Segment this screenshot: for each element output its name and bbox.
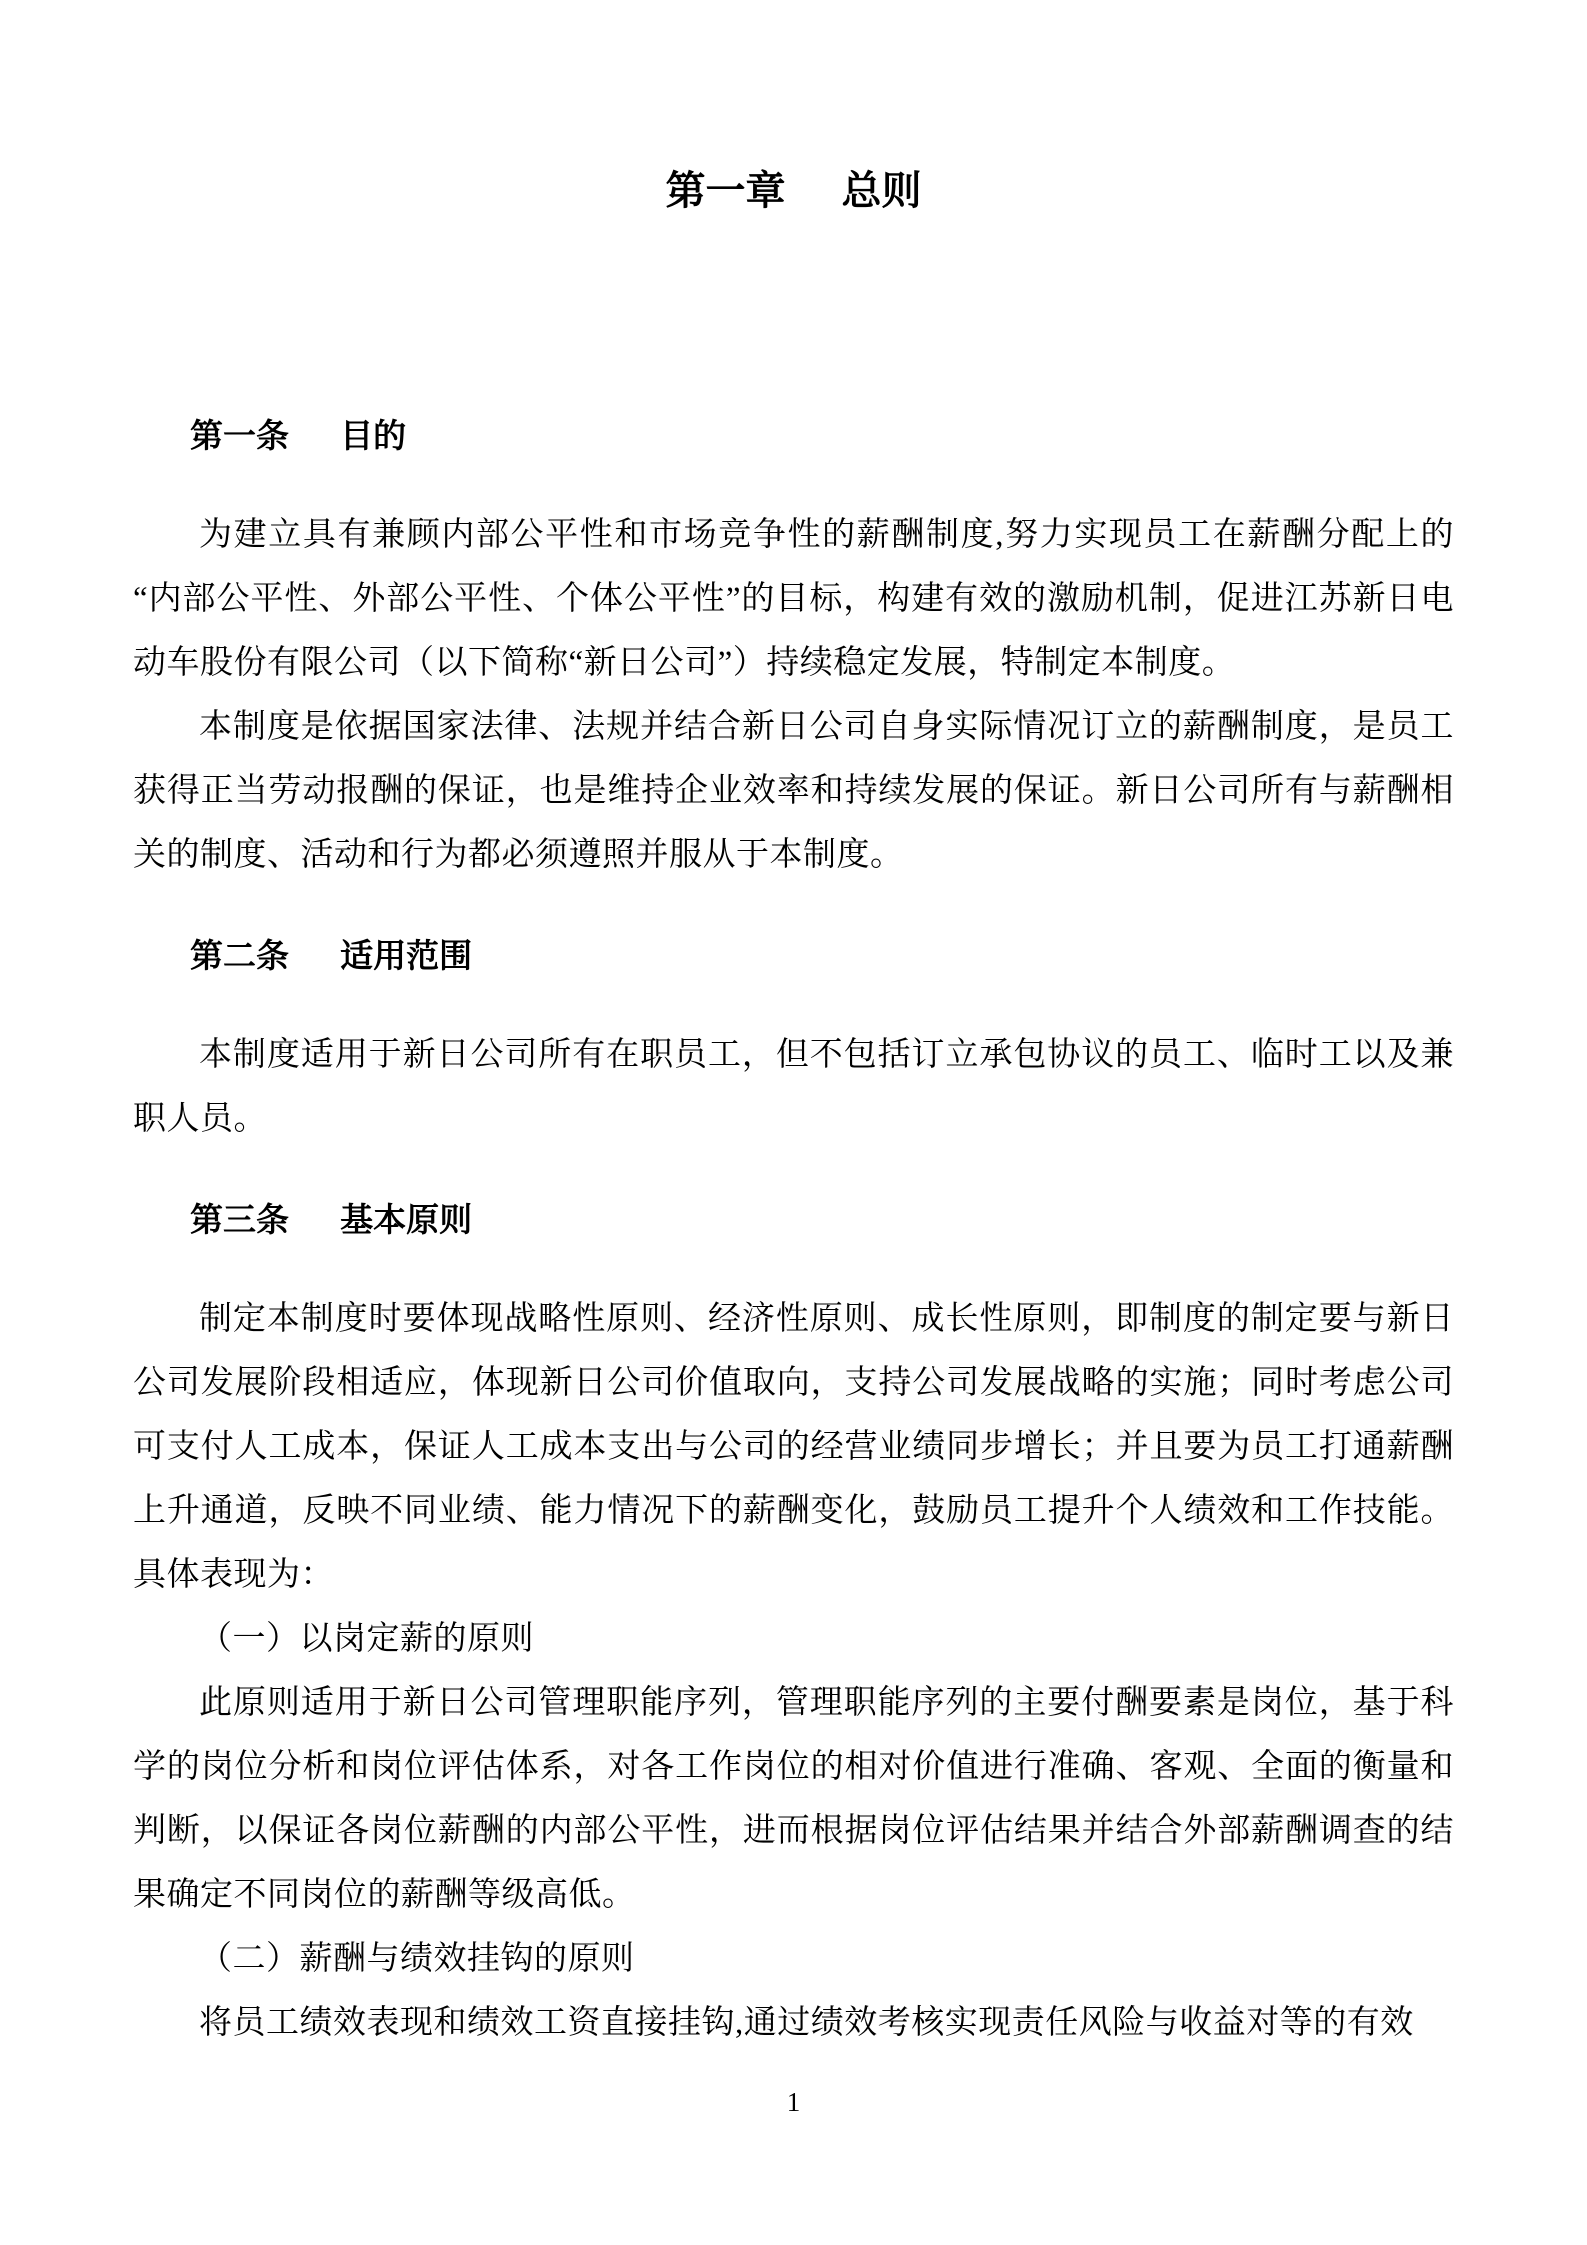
- paragraph: （二）薪酬与绩效挂钩的原则: [133, 1927, 1454, 1991]
- article-label: 第一条: [190, 419, 289, 455]
- article-heading: 第三条基本原则: [133, 1189, 1454, 1253]
- article-title: 目的: [340, 419, 406, 455]
- paragraph: （一）以岗定薪的原则: [133, 1607, 1454, 1671]
- article-section-1: 第一条目的 为建立具有兼顾内部公平性和市场竞争性的薪酬制度,努力实现员工在薪酬分…: [133, 405, 1454, 887]
- article-heading: 第二条适用范围: [133, 925, 1454, 989]
- paragraph: 为建立具有兼顾内部公平性和市场竞争性的薪酬制度,努力实现员工在薪酬分配上的“内部…: [133, 503, 1454, 695]
- article-title: 适用范围: [340, 939, 472, 975]
- article-section-2: 第二条适用范围 本制度适用于新日公司所有在职员工，但不包括订立承包协议的员工、临…: [133, 925, 1454, 1151]
- chapter-title: 总则: [842, 168, 922, 213]
- article-section-3: 第三条基本原则 制定本制度时要体现战略性原则、经济性原则、成长性原则，即制度的制…: [133, 1189, 1454, 2055]
- paragraph: 制定本制度时要体现战略性原则、经济性原则、成长性原则，即制度的制定要与新日公司发…: [133, 1287, 1454, 1607]
- chapter-heading: 第一章总则: [133, 160, 1454, 222]
- article-title: 基本原则: [340, 1203, 472, 1239]
- article-label: 第三条: [190, 1203, 289, 1239]
- article-label: 第二条: [190, 939, 289, 975]
- paragraph: 将员工绩效表现和绩效工资直接挂钩,通过绩效考核实现责任风险与收益对等的有效: [133, 1991, 1454, 2055]
- paragraph: 本制度适用于新日公司所有在职员工，但不包括订立承包协议的员工、临时工以及兼职人员…: [133, 1023, 1454, 1151]
- document-page: 第一章总则 第一条目的 为建立具有兼顾内部公平性和市场竞争性的薪酬制度,努力实现…: [0, 0, 1587, 2245]
- page-number: 1: [0, 2082, 1587, 2122]
- chapter-label: 第一章: [666, 168, 786, 213]
- paragraph: 此原则适用于新日公司管理职能序列，管理职能序列的主要付酬要素是岗位，基于科学的岗…: [133, 1671, 1454, 1927]
- paragraph: 本制度是依据国家法律、法规并结合新日公司自身实际情况订立的薪酬制度，是员工获得正…: [133, 695, 1454, 887]
- article-heading: 第一条目的: [133, 405, 1454, 469]
